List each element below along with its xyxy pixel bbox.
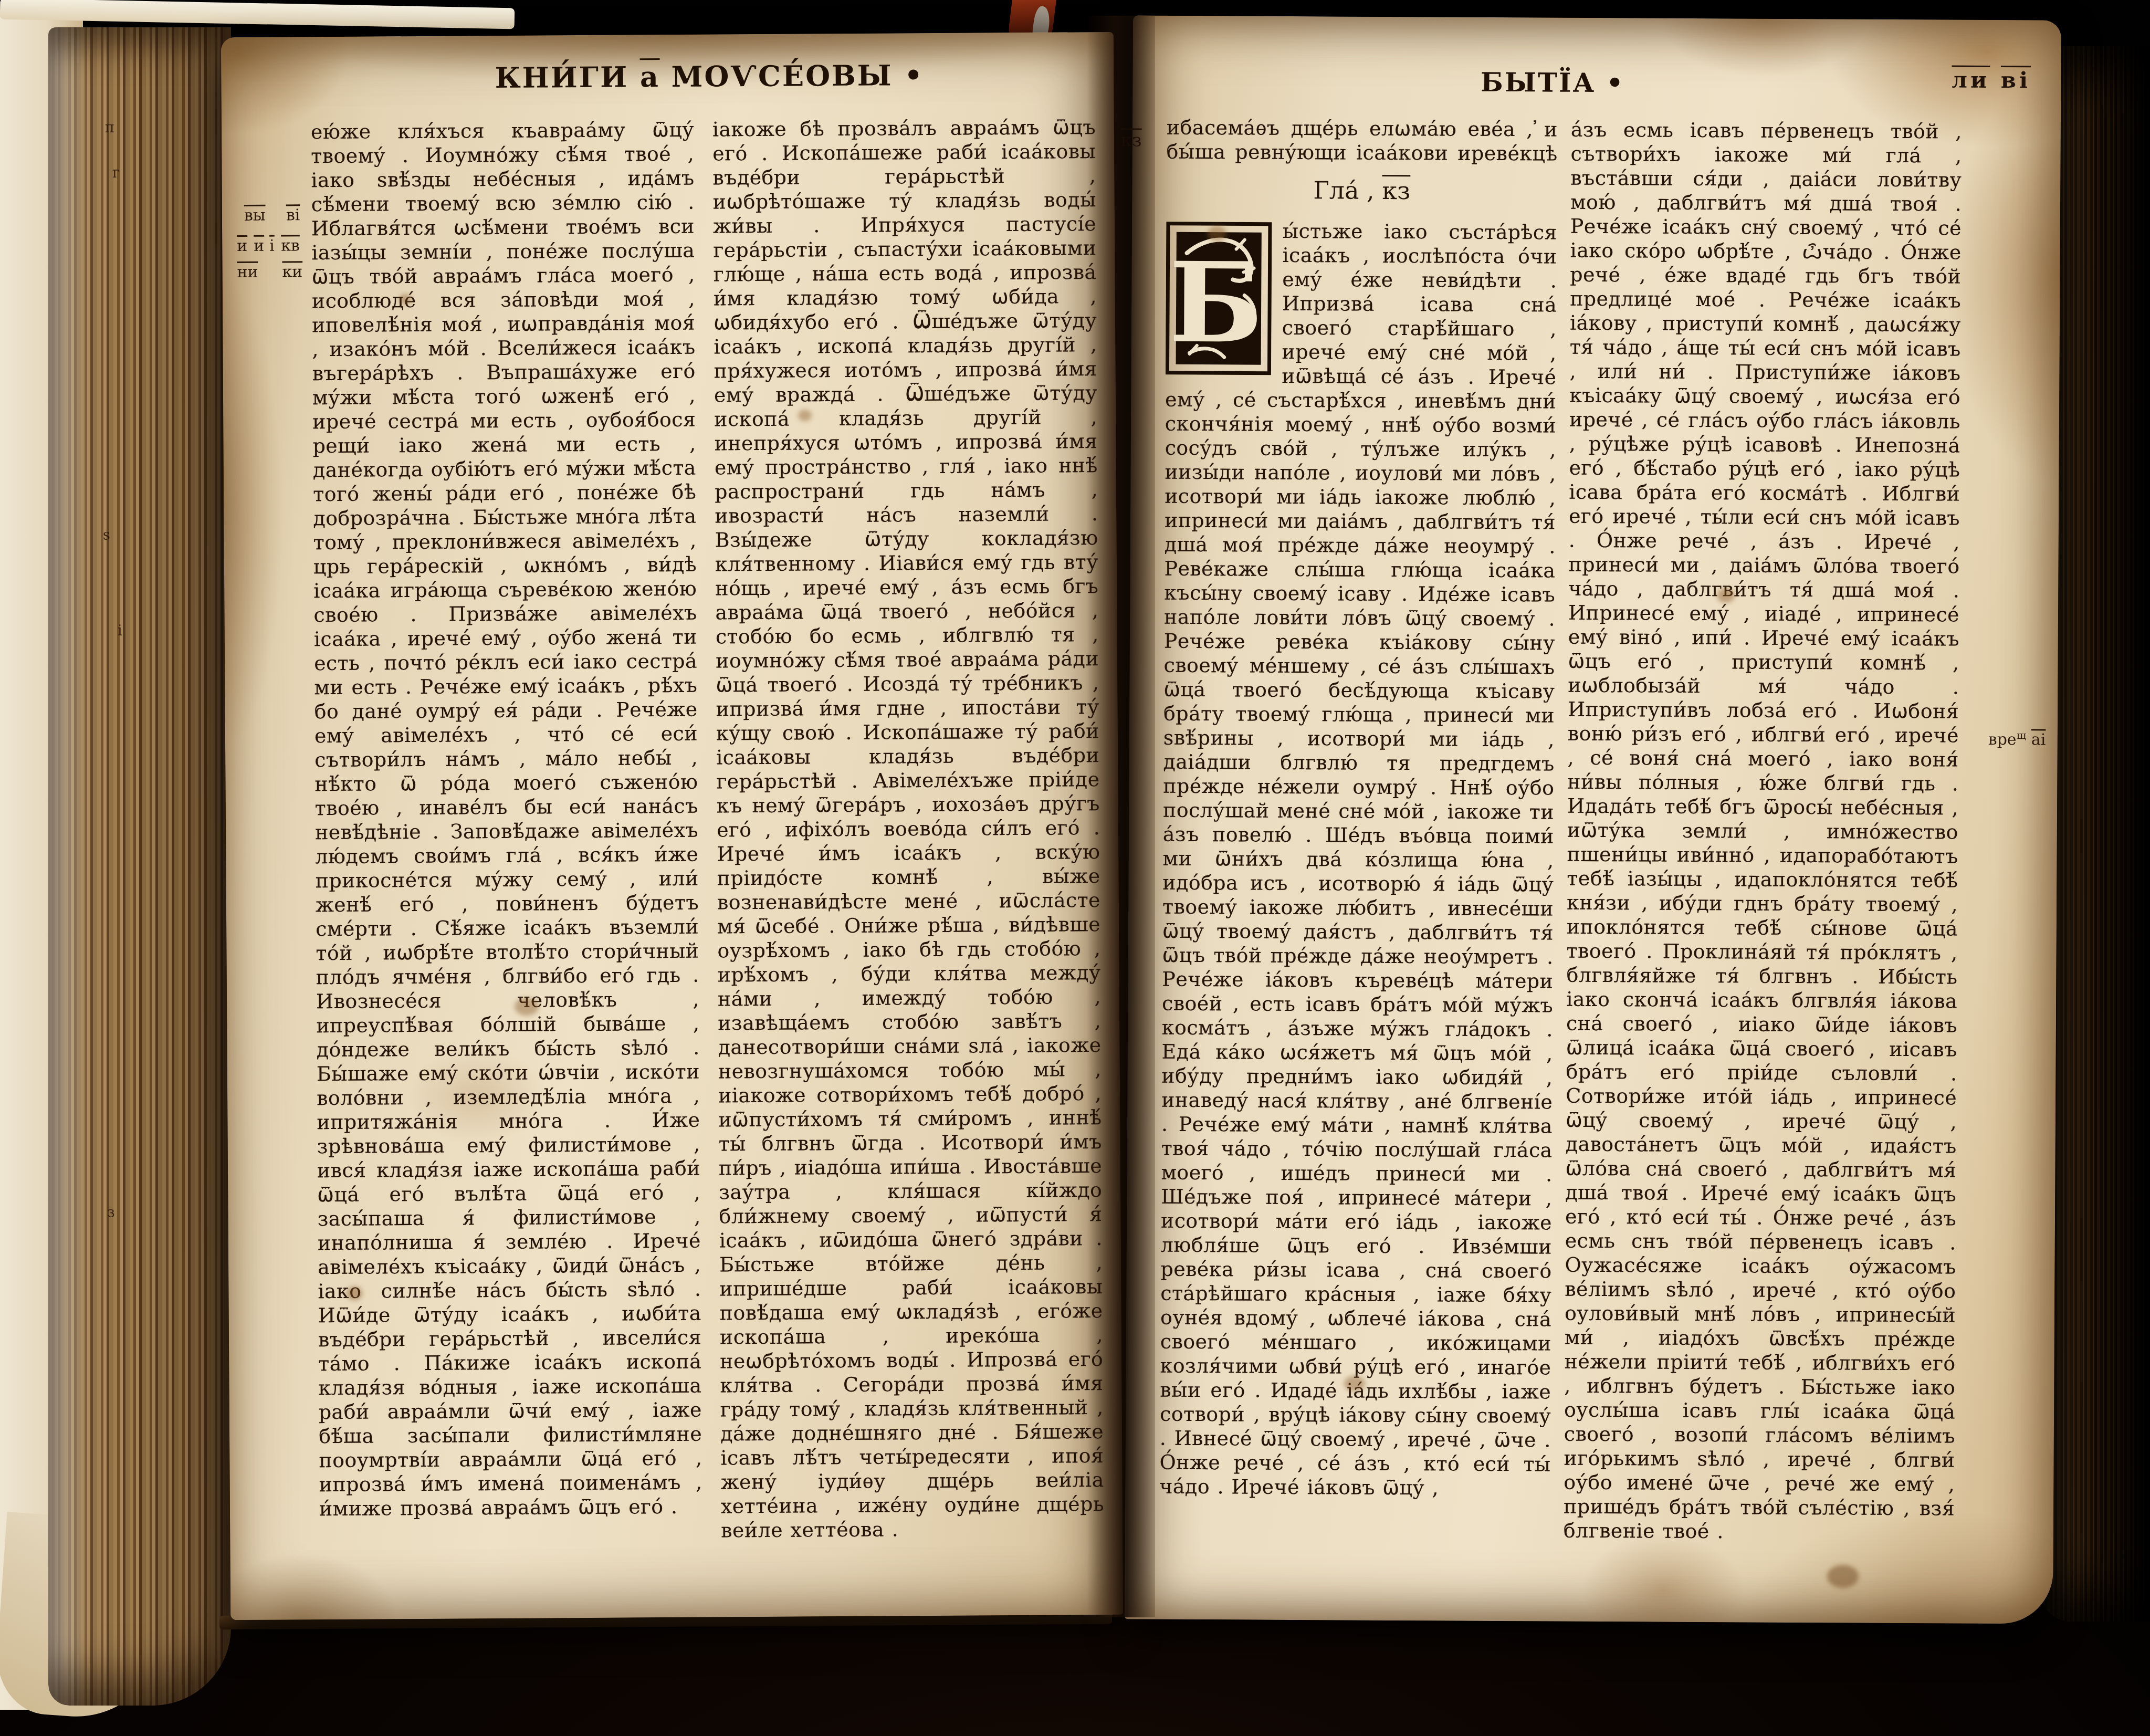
left-page-column-1: ею́же кля́хъся къавраа́му ѿцу́ твоему́ .…	[311, 118, 703, 1580]
right-running-title: БЫТЇА •	[1369, 66, 1736, 99]
title-bullet: •	[1606, 67, 1624, 98]
margin-ref: ві	[286, 206, 300, 224]
running-title-word: КНИ́ГИ	[495, 60, 628, 95]
chapter-heading: Гла́ , кз	[1166, 175, 1557, 206]
folio-number: ли ві	[1952, 67, 2031, 93]
margin-note: врещ аі	[1988, 729, 2046, 749]
margin-ref: ни	[237, 263, 258, 281]
margin-note-superscript: щ	[2017, 729, 2027, 741]
margin-chapter-number: кз	[1121, 130, 1142, 151]
folio-part: ві	[2001, 67, 2031, 93]
margin-ref: и	[254, 237, 264, 255]
margin-ref: ки	[282, 263, 302, 281]
right-col1-text: ы́стьже іако съста́рѣся ісаа́къ , иослѣп…	[1159, 219, 1557, 1500]
margin-ref: кв	[281, 236, 300, 255]
chapter-heading-comma: ,	[1367, 176, 1375, 205]
book-photo: п г ѕ і з КНИ́ГИ а МОѴСЕ́ОВЫ • вы ві и и…	[0, 0, 2150, 1736]
folio-part: ли	[1952, 67, 1990, 93]
edge-mark: і	[118, 623, 122, 639]
chapter-heading-word: Гла́	[1313, 176, 1359, 204]
running-title-word: МОѴСЕ́ОВЫ	[671, 58, 893, 93]
right-page: БЫТЇА • ли ві кз врещ аі ибасема́ѳъ дще́…	[1125, 15, 2061, 1624]
edge-mark: г	[112, 165, 120, 181]
right-col1-intro: ибасема́ѳъ дще́рь елѡма́ю еве́а , ҆и бы́…	[1167, 116, 1558, 168]
right-page-column-2: а́зъ есмь ісавъ пе́рвенецъ тво́й , сътво…	[1563, 118, 1962, 1577]
chapter-number: кз	[1382, 176, 1410, 205]
left-page: КНИ́ГИ а МОѴСЕ́ОВЫ • вы ві и и і кв ни к…	[221, 32, 1123, 1620]
title-bullet: •	[904, 58, 924, 92]
left-page-column-2: іакоже бѣ прозва́лъ авраа́мъ ѿцъ его́ . …	[712, 115, 1105, 1577]
margin-note-number: аі	[2031, 730, 2046, 749]
margin-note-word: вре	[1988, 730, 2017, 749]
edge-mark: п	[105, 120, 114, 136]
margin-ref: вы	[244, 206, 266, 225]
book-number: а	[640, 60, 660, 93]
right-page-column-1: Б ы́стьже іако съста́рѣся ісаа́къ , иосл…	[1159, 218, 1557, 1575]
edge-mark: ѕ	[103, 527, 110, 543]
margin-ref: і	[269, 237, 275, 255]
running-title-word: БЫТЇА	[1481, 67, 1596, 98]
woodcut-initial: Б	[1165, 222, 1272, 375]
left-page-edges: п г ѕ і з	[48, 27, 231, 1706]
edge-mark: з	[107, 1205, 115, 1221]
margin-ref: и	[237, 237, 247, 255]
left-running-title: КНИ́ГИ а МОѴСЕ́ОВЫ •	[484, 58, 935, 95]
